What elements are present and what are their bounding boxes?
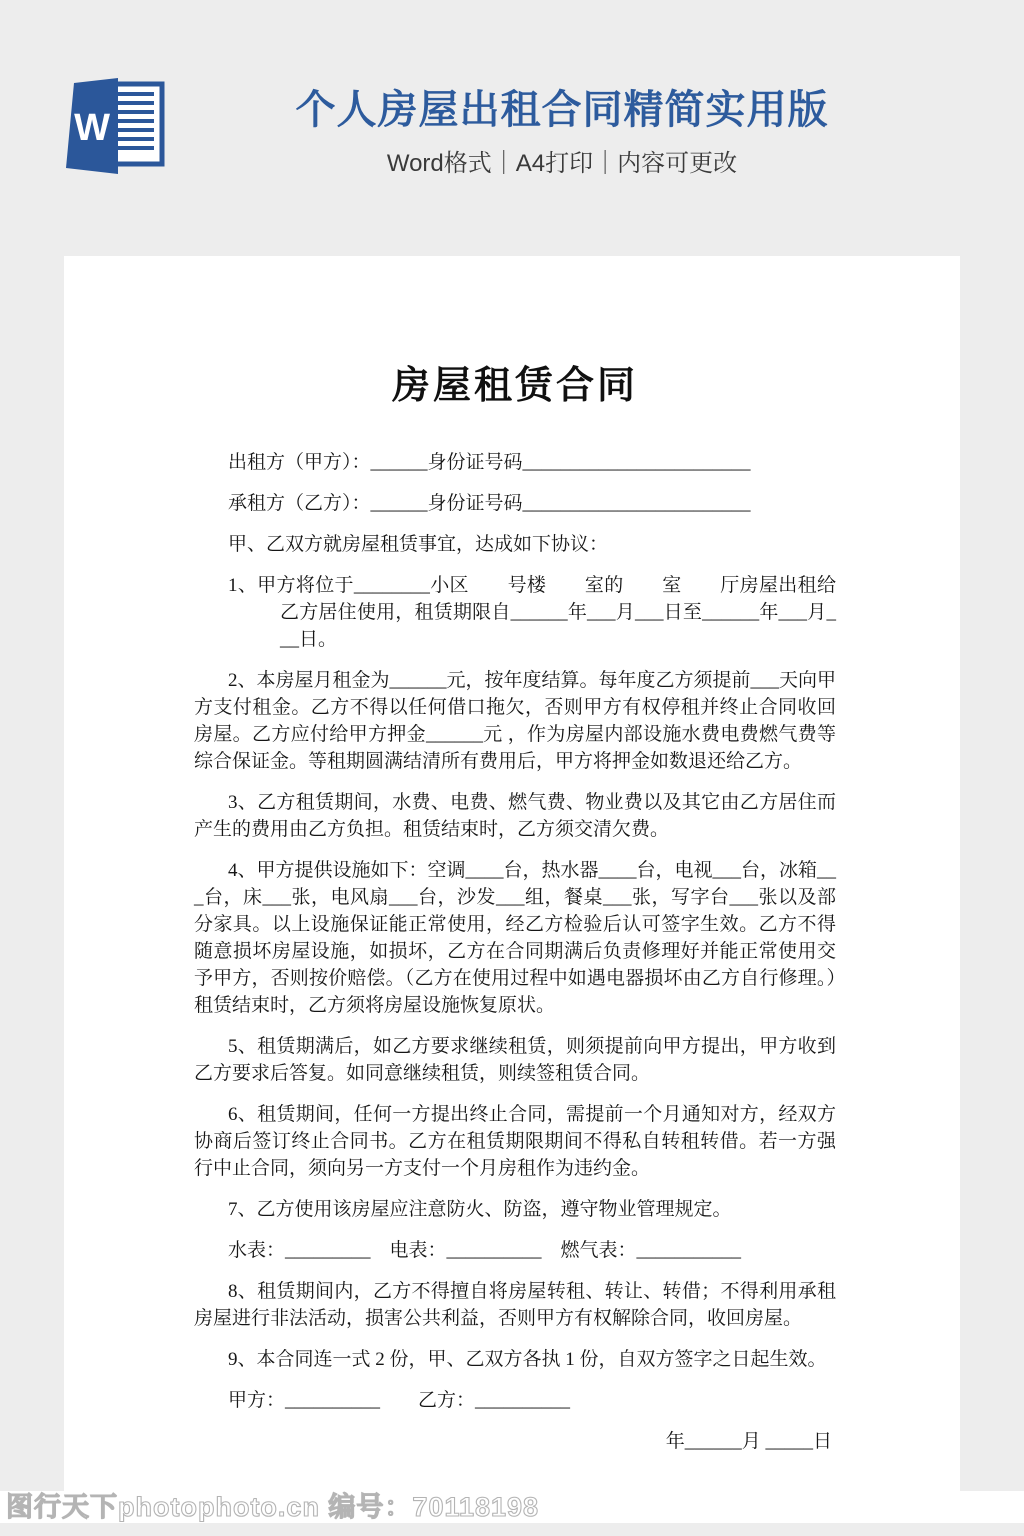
clause-5: 5、租赁期满后，如乙方要求继续租赁，则须提前向甲方提出，甲方收到乙方要求后答复。… (194, 1033, 836, 1087)
word-icon-letter: W (74, 107, 110, 149)
lessee-line: 承租方（乙方）：______身份证号码_____________________… (194, 490, 836, 517)
clause-7: 7、乙方使用该房屋应注意防火、防盗，遵守物业管理规定。 (194, 1196, 836, 1223)
preamble: 甲、乙双方就房屋租赁事宜，达成如下协议： (194, 531, 836, 558)
watermark-band: 图行天下photophoto.cn 编号：70118198 (0, 1491, 1024, 1523)
page-title: 个人房屋出租合同精简实用版 (190, 86, 934, 134)
lessor-line: 出租方（甲方）：______身份证号码_____________________… (194, 449, 836, 476)
header: W 个人房屋出租合同精简实用版 Word格式｜A4打印｜内容可更改 (0, 0, 1024, 256)
clause-3: 3、乙方租赁期间，水费、电费、燃气费、物业费以及其它由乙方居住而产生的费用由乙方… (194, 789, 836, 843)
document-content: 房屋租赁合同 出租方（甲方）：______身份证号码______________… (64, 256, 960, 1455)
clause-4: 4、甲方提供设施如下：空调____台，热水器____台，电视___台，冰箱___… (194, 857, 836, 1019)
header-titles: 个人房屋出租合同精简实用版 Word格式｜A4打印｜内容可更改 (190, 86, 934, 178)
clause-6: 6、租赁期间，任何一方提出终止合同，需提前一个月通知对方，经双方协商后签订终止合… (194, 1101, 836, 1182)
document-page: 房屋租赁合同 出租方（甲方）：______身份证号码______________… (64, 256, 960, 1520)
word-file-icon: W (62, 76, 168, 176)
clause-2: 2、本房屋月租金为______元，按年度结算。每年度乙方须提前___天向甲方支付… (194, 667, 836, 775)
clause-1: 1、甲方将位于________小区 号楼 室的 室 厅房屋出租给乙方居住使用，租… (194, 572, 836, 653)
clause-8: 8、租赁期间内，乙方不得擅自将房屋转租、转让、转借；不得利用承租房屋进行非法活动… (194, 1278, 836, 1332)
contract-title: 房屋租赁合同 (194, 354, 836, 409)
signature-line: 甲方：__________ 乙方：__________ (194, 1387, 836, 1414)
clause-9: 9、本合同连一式 2 份，甲、乙双方各执 1 份，自双方签字之日起生效。 (194, 1346, 836, 1373)
page-subtitle: Word格式｜A4打印｜内容可更改 (190, 150, 934, 178)
meter-readings: 水表：_________ 电表：__________ 燃气表：_________… (194, 1237, 836, 1264)
watermark-text: 图行天下photophoto.cn 编号：70118198 (0, 1491, 1024, 1523)
date-line: 年______月 _____日 (194, 1428, 836, 1455)
